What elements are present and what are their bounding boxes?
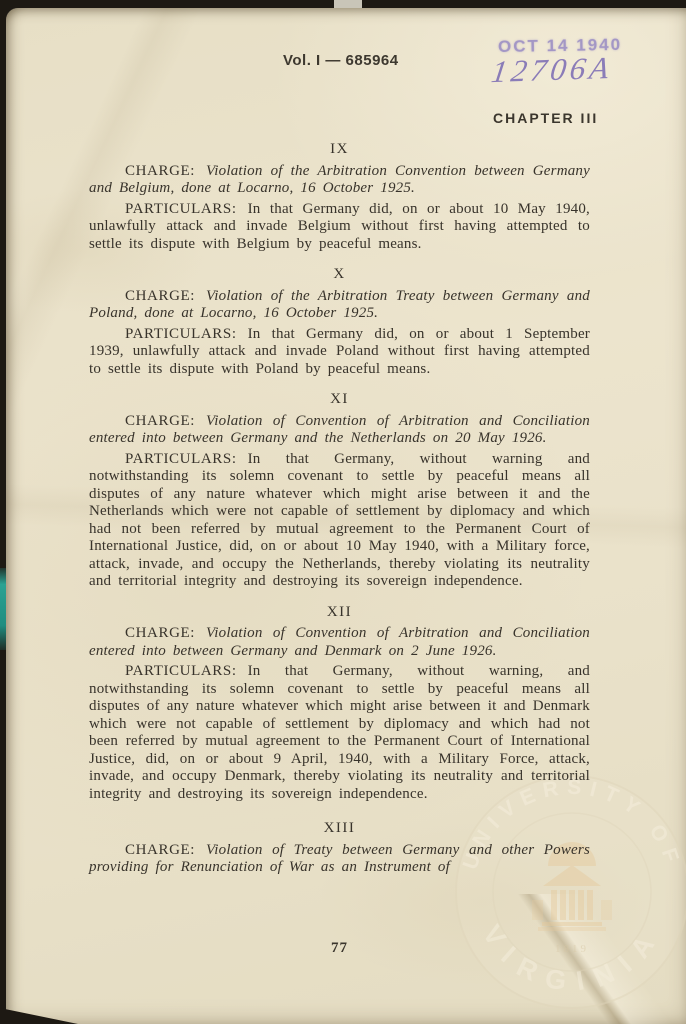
text-column: IX CHARGE:Violation of the Arbitration C… xyxy=(89,141,590,880)
section-numeral: X xyxy=(89,266,590,284)
particulars-paragraph: PARTICULARS:In that Germany did, on or a… xyxy=(89,201,590,254)
charge-label: CHARGE: xyxy=(125,163,195,179)
volume-line: Vol. I — 685964 xyxy=(283,52,399,69)
particulars-label: PARTICULARS: xyxy=(125,663,237,679)
charge-paragraph: CHARGE:Violation of the Arbitration Trea… xyxy=(89,288,590,323)
document-page: UNIVERSITY OF VIRGINIA 1819 Vol. I — 685… xyxy=(6,8,686,1024)
charge-paragraph: CHARGE:Violation of Convention of Arbitr… xyxy=(89,413,590,448)
chapter-heading: CHAPTER III xyxy=(493,110,598,126)
charge-label: CHARGE: xyxy=(125,625,195,641)
section-numeral: XI xyxy=(89,391,590,409)
particulars-paragraph: PARTICULARS:In that Germany did, on or a… xyxy=(89,326,590,379)
charge-label: CHARGE: xyxy=(125,288,195,304)
handwritten-accession-number: 12706A xyxy=(489,50,615,90)
charge-label: CHARGE: xyxy=(125,842,195,858)
section-numeral: XII xyxy=(89,604,590,622)
particulars-paragraph: PARTICULARS:In that Germany, without war… xyxy=(89,451,590,591)
section-numeral: XIII xyxy=(89,820,590,838)
charge-label: CHARGE: xyxy=(125,413,195,429)
particulars-text: In that Germany, without warning and not… xyxy=(89,451,590,590)
particulars-paragraph: PARTICULARS:In that Germany, without war… xyxy=(89,663,590,803)
section-numeral: IX xyxy=(89,141,590,159)
charge-paragraph: CHARGE:Violation of Convention of Arbitr… xyxy=(89,625,590,660)
charge-paragraph: CHARGE:Violation of Treaty between Germa… xyxy=(89,842,590,877)
particulars-text: In that Germany, without warning, and no… xyxy=(89,663,590,802)
page-number: 77 xyxy=(89,940,590,957)
particulars-label: PARTICULARS: xyxy=(125,326,237,342)
particulars-label: PARTICULARS: xyxy=(125,451,237,467)
particulars-label: PARTICULARS: xyxy=(125,201,237,217)
charge-paragraph: CHARGE:Violation of the Arbitration Conv… xyxy=(89,163,590,198)
